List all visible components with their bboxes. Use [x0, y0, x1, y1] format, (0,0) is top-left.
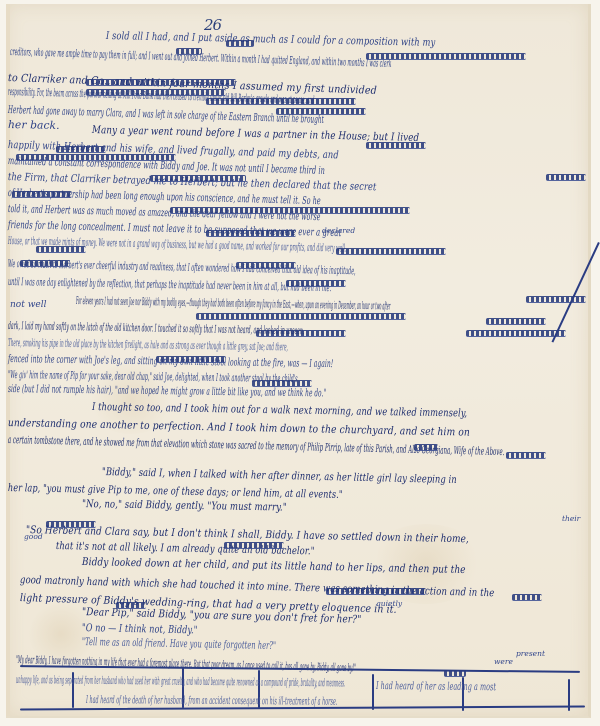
deletion-scribble — [414, 444, 438, 451]
deletion-scribble — [176, 48, 202, 55]
crossed-out-line: I had heard of her as leading a most — [376, 680, 496, 693]
box-divider — [568, 679, 570, 711]
deletion-scribble — [206, 98, 356, 105]
interlinear-insertion: declared — [322, 226, 355, 235]
deletion-scribble — [506, 452, 546, 459]
crossed-out-line: unhappy life, and as being separated fro… — [16, 674, 345, 689]
deletion-scribble — [546, 174, 586, 181]
manuscript-line: Many a year went round before I was a pa… — [92, 124, 419, 144]
deletion-scribble — [236, 262, 296, 269]
deletion-scribble — [56, 146, 106, 153]
deletion-scribble — [170, 207, 410, 214]
manuscript-line: her lap, "you must give Pip to me, one o… — [8, 482, 343, 501]
deletion-scribble — [20, 260, 70, 267]
deletion-scribble — [86, 89, 226, 96]
interlinear-insertion: present — [516, 649, 545, 658]
deletion-scribble — [326, 588, 426, 595]
deletion-scribble — [256, 330, 346, 337]
deletion-scribble — [196, 313, 406, 320]
deletion-scribble — [16, 154, 176, 161]
deletion-scribble — [12, 191, 72, 198]
manuscript-scan: 26 I sold all I had, and I put aside as … — [0, 0, 600, 726]
deletion-scribble — [156, 356, 226, 363]
box-divider — [372, 674, 374, 710]
margin-note: not well — [10, 300, 46, 310]
deletion-scribble — [366, 53, 526, 60]
deletion-scribble — [252, 380, 312, 387]
deletion-scribble — [486, 318, 546, 325]
manuscript-line: "Biddy," said I, when I talked with her … — [102, 466, 457, 486]
manuscript-line: "Tell me as an old friend. Have you quit… — [82, 636, 276, 652]
manuscript-page: 26 I sold all I had, and I put aside as … — [6, 4, 591, 718]
deletion-scribble — [526, 296, 586, 303]
interlinear-insertion: were — [494, 657, 513, 666]
manuscript-line: There, smoking his pipe in the old place… — [8, 337, 288, 353]
interlinear-insertion: their — [562, 514, 580, 523]
deletion-scribble — [36, 246, 86, 253]
cancellation-stroke — [552, 242, 600, 343]
deletion-scribble — [286, 280, 346, 287]
deletion-scribble — [366, 142, 426, 149]
deletion-scribble — [86, 79, 236, 86]
deletion-scribble — [336, 248, 446, 255]
manuscript-line: For eleven years I had not seen Joe nor … — [76, 295, 391, 312]
manuscript-line: "O no — I think not, Biddy." — [82, 622, 198, 636]
deletion-scribble — [466, 330, 566, 337]
manuscript-line: her back. — [8, 119, 60, 132]
manuscript-line: until I was one day enlightened by the r… — [8, 276, 331, 294]
deletion-scribble — [150, 175, 246, 182]
manuscript-line: "No, no," said Biddy, gently. "You must … — [82, 498, 287, 514]
deletion-scribble — [512, 594, 542, 601]
deletion-scribble — [46, 521, 96, 528]
deletion-scribble — [224, 542, 284, 549]
manuscript-line: "My dear Biddy, I have forgotten nothing… — [16, 654, 356, 674]
interlinear-insertion: good — [24, 532, 43, 541]
deletion-scribble — [276, 108, 366, 115]
deletion-scribble — [226, 40, 254, 47]
deletion-scribble — [206, 230, 296, 237]
crossed-out-line: I had heard of the death of her husband,… — [86, 694, 338, 708]
interlinear-insertion: quietly — [376, 599, 402, 608]
deletion-scribble — [116, 602, 146, 609]
manuscript-line: I sold all I had, and I put aside as muc… — [106, 30, 436, 49]
